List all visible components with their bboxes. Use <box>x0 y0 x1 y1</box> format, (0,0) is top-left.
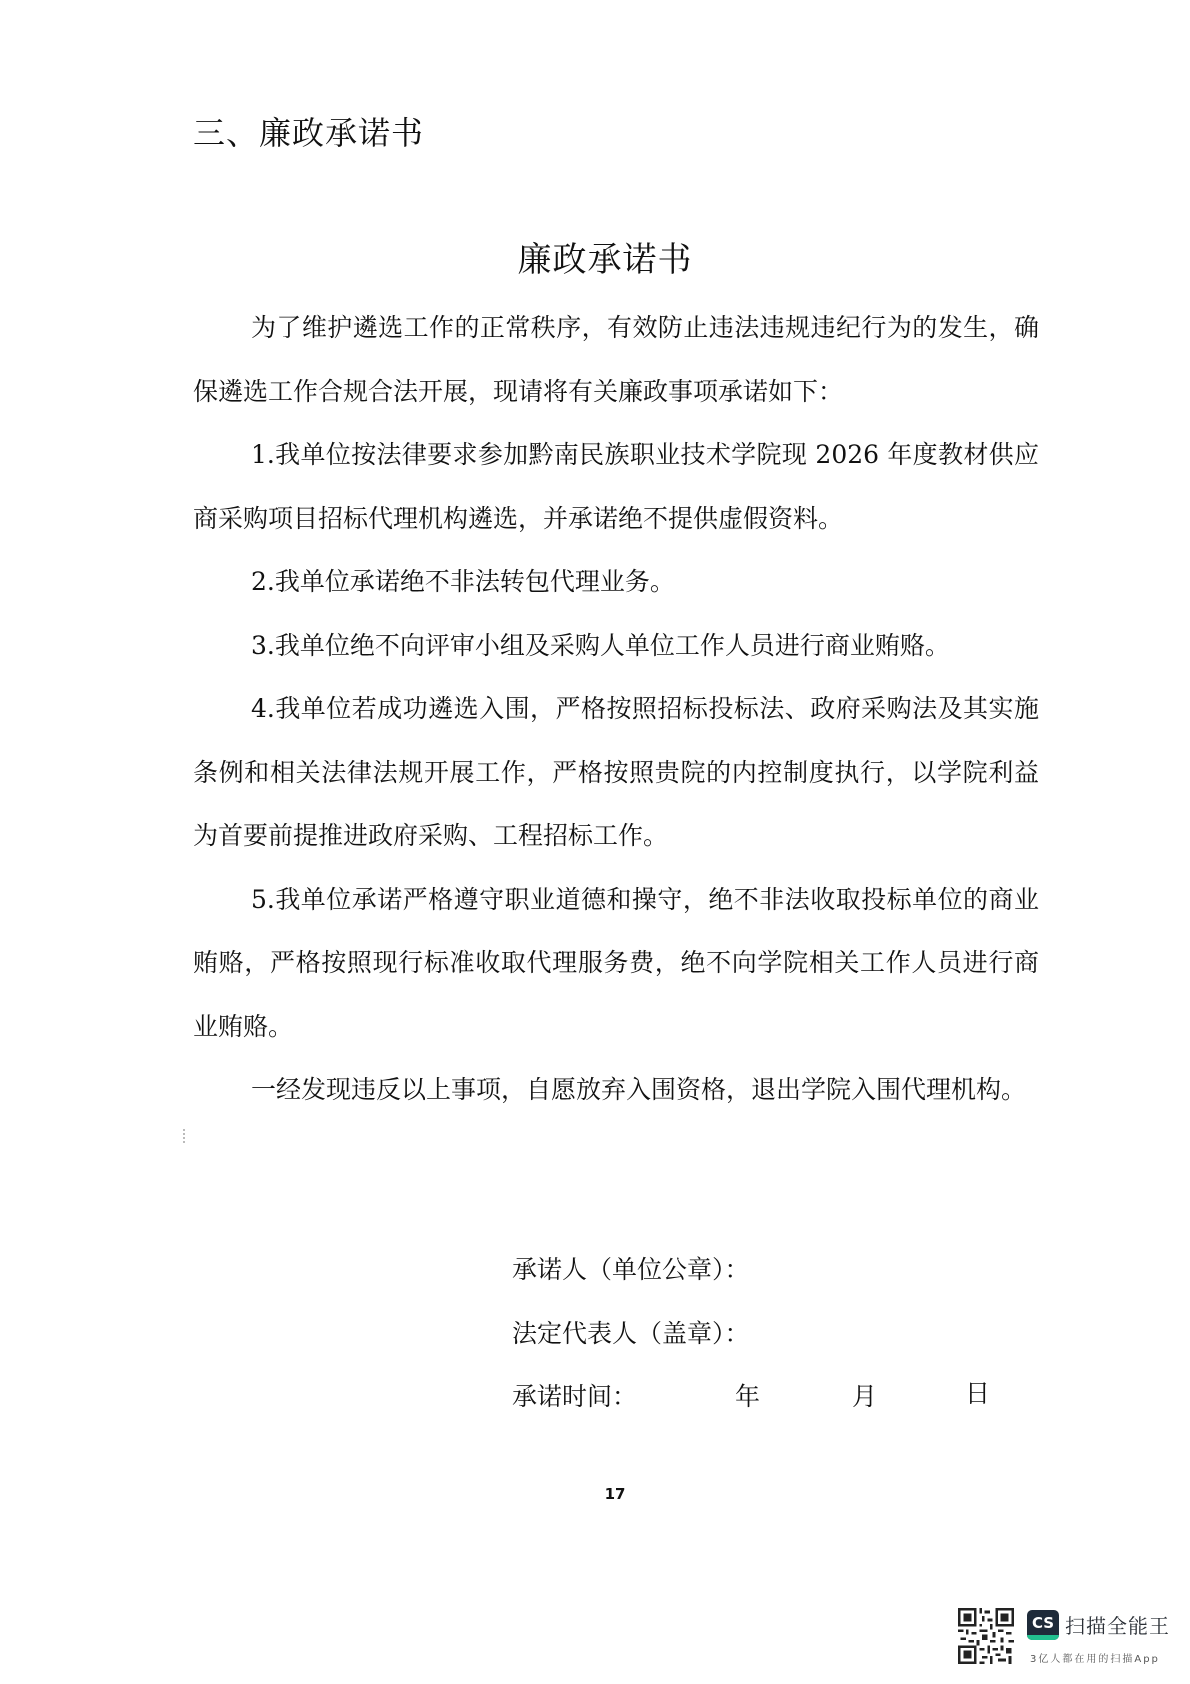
promisor-label: 承诺人（单位公章）： <box>512 1250 750 1286</box>
document-title: 廉政承诺书 <box>0 232 1190 281</box>
commitment-item-3: 3.我单位绝不向评审小组及采购人单位工作人员进行商业贿赂。 <box>193 614 1039 678</box>
date-label: 承诺时间： <box>512 1377 637 1413</box>
year-unit: 年 <box>735 1377 760 1413</box>
page-number: 17 <box>0 1485 1190 1503</box>
document-body: 为了维护遴选工作的正常秩序，有效防止违法违规违纪行为的发生，确保遴选工作合规合法… <box>193 296 1039 1122</box>
legal-rep-label: 法定代表人（盖章）： <box>512 1314 750 1350</box>
closing-paragraph: 一经发现违反以上事项，自愿放弃入围资格，退出学院入围代理机构。 <box>193 1058 1039 1122</box>
commitment-item-2: 2.我单位承诺绝不非法转包代理业务。 <box>193 550 1039 614</box>
qr-code-icon <box>958 1608 1014 1664</box>
section-heading: 三、廉政承诺书 <box>193 108 424 154</box>
document-page: 三、廉政承诺书 廉政承诺书 为了维护遴选工作的正常秩序，有效防止违法违规违纪行为… <box>0 0 1190 1684</box>
camscanner-logo-icon: CS <box>1027 1610 1059 1640</box>
day-unit: 日 <box>965 1374 990 1410</box>
month-unit: 月 <box>852 1377 877 1413</box>
app-name: 扫描全能王 <box>1065 1610 1170 1639</box>
date-line: 承诺时间： <box>512 1377 637 1413</box>
commitment-item-4: 4.我单位若成功遴选入围，严格按照招标投标法、政府采购法及其实施条例和相关法律法… <box>193 677 1039 868</box>
commitment-item-1: 1.我单位按法律要求参加黔南民族职业技术学院现 2026 年度教材供应商采购项目… <box>193 423 1039 550</box>
scan-artifact <box>183 1129 187 1143</box>
promisor-signature-line: 承诺人（单位公章）： <box>512 1250 750 1286</box>
intro-paragraph: 为了维护遴选工作的正常秩序，有效防止违法违规违纪行为的发生，确保遴选工作合规合法… <box>193 296 1039 423</box>
app-tagline: 3亿人都在用的扫描App <box>1030 1650 1160 1665</box>
camscanner-watermark: CS 扫描全能王 3亿人都在用的扫描App <box>958 1606 1178 1672</box>
legal-rep-signature-line: 法定代表人（盖章）： <box>512 1314 750 1350</box>
commitment-item-5: 5.我单位承诺严格遵守职业道德和操守，绝不非法收取投标单位的商业贿赂，严格按照现… <box>193 868 1039 1059</box>
